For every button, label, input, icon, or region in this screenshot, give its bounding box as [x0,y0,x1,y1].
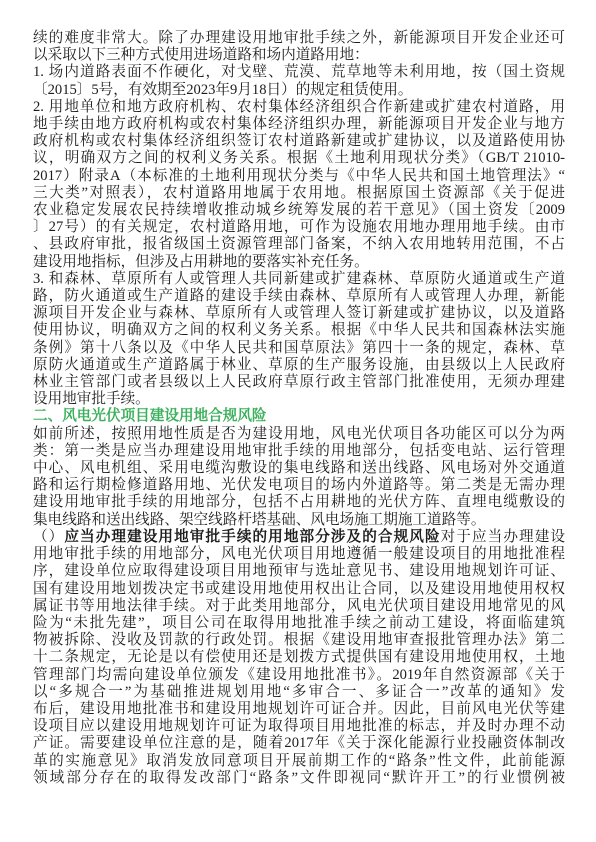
section-heading: 二、风电光伏项目建设用地合规风险 [33,408,565,425]
inline-text: 国有建设用地划拨决定书或建设用地使用权出让合同，以及建设用地使用权权 [33,581,565,597]
inline-text: 设用地审批手续。 [33,391,150,407]
inline-text: 建设用地指标，但涉及占用耕地的要落实补充任务。 [33,254,369,270]
document-line: 农业稳定发展农民持续增收推动城乡统筹发展的若干意见》（国土资发〔2009 [33,202,565,219]
document-line: 〔2015〕5号，有效期至2023年9月18日）的规定租赁使用。 [33,82,565,99]
inline-text: 林业主管部门或者县级以上人民政府草原行政主管部门批准使用，无须办理建 [33,374,565,390]
inline-text: 〔2015〕5号，有效期至2023年9月18日）的规定租赁使用。 [33,82,412,98]
document-line: 属证书等用地法律手续。对于此类用地部分，风电光伏项目建设用地常见的风 [33,598,565,615]
inline-text: 以采取以下三种方式使用进场道路和场内道路用地： [33,47,369,63]
document-line: 类：第一类是应当办理建设用地审批手续的用地部分，包括变电站、运行管理 [33,443,565,460]
inline-text: 议，明确双方之间的权利义务关系。根据《土地利用现状分类》（GB/T 21010- [33,150,565,166]
document-line: 续的难度非常大。除了办理建设用地审批手续之外，新能源项目开发企业还可 [33,30,565,47]
document-line: 3. 和森林、草原所有人或管理人共同新建或扩建森林、草原防火通道或生产道 [33,271,565,288]
inline-text: 产证。需要建设单位注意的是，随着2017年《关于深化能源行业投融资体制改 [33,735,565,751]
document-line: 产证。需要建设单位注意的是，随着2017年《关于深化能源行业投融资体制改 [33,735,565,752]
inline-text: 路和运行期检修道路用地、光伏发电项目的场内外道路等。第二类是无需办理 [33,477,565,493]
document-line: 集电线路和送出线路、架空线路杆塔基础、风电场施工期施工道路等。 [33,512,565,529]
document-line: 三大类”对照表），农村道路用地属于农用地。根据原国土资源部《关于促进 [33,185,565,202]
document-line: 领域部分存在的取得发改部门“路条”文件即视同“默许开工”的行业惯例被 [33,770,565,787]
document-line: 序，建设单位应取得建设项目用地预审与选址意见书、建设用地规划许可证、 [33,563,565,580]
document-page: 续的难度非常大。除了办理建设用地审批手续之外，新能源项目开发企业还可以采取以下三… [0,0,596,842]
inline-text: 布后，建设用地批准书和建设用地规划许可证合并。因此，目前风电光伏等建 [33,701,565,717]
document-line: 源项目开发企业与森林、草原所有人或管理人签订新建或扩建协议，以及道路 [33,305,565,322]
inline-text: 源项目开发企业与森林、草原所有人或管理人签订新建或扩建协议，以及道路 [33,305,565,321]
document-line: 设用地审批手续。 [33,391,565,408]
document-line: 国有建设用地划拨决定书或建设用地使用权出让合同，以及建设用地使用权权 [33,581,565,598]
document-line: 物被拆除、没收及罚款的行政处罚。根据《建设用地审查报批管理办法》第二 [33,632,565,649]
inline-text: 农业稳定发展农民持续增收推动城乡统筹发展的若干意见》（国土资发〔2009 [33,202,565,218]
document-line: 十二条规定，无论是以有偿使用还是划拨方式提供国有建设用地使用权，土地 [33,649,565,666]
document-line: 险为“未批先建”，项目公司在取得用地批准手续之前动工建设，将面临建筑 [33,615,565,632]
document-line: 议，明确双方之间的权利义务关系。根据《土地利用现状分类》（GB/T 21010- [33,150,565,167]
document-line: 建设用地指标，但涉及占用耕地的要落实补充任务。 [33,254,565,271]
inline-text: 路，防火通道或生产道路的建设手续由森林、草原所有人或管理人办理，新能 [33,288,565,304]
document-line: 原防火通道或生产道路属于林业、草原的生产服务设施，由县级以上人民政府 [33,357,565,374]
inline-text: 〕27号）的有关规定，农村道路用地，可作为设施农用地办理用地手续。由市 [33,219,565,235]
document-line: 以采取以下三种方式使用进场道路和场内道路用地： [33,47,565,64]
document-body: 续的难度非常大。除了办理建设用地审批手续之外，新能源项目开发企业还可以采取以下三… [33,30,565,787]
inline-text: 、县政府审批，报省级国土资源管理部门备案，不纳入农用地转用范围，不占 [33,236,565,252]
inline-text: 物被拆除、没收及罚款的行政处罚。根据《建设用地审查报批管理办法》第二 [33,632,565,648]
inline-text: 建设用地审批手续的用地部分，包括不占用耕地的光伏方阵、直埋电缆敷设的 [33,494,565,510]
document-line: 路和运行期检修道路用地、光伏发电项目的场内外道路等。第二类是无需办理 [33,477,565,494]
inline-text: 政府机构或农村集体经济组织签订农村道路新建或扩建协议，以及道路使用协 [33,133,565,149]
inline-text: 十二条规定，无论是以有偿使用还是划拨方式提供国有建设用地使用权，土地 [33,649,565,665]
inline-text: 二、风电光伏项目建设用地合规风险 [33,408,267,424]
inline-text: 3. 和森林、草原所有人或管理人共同新建或扩建森林、草原防火通道或生产道 [33,271,565,287]
inline-text: 使用协议，明确双方之间的权利义务关系。根据《中华人民共和国森林法实施 [33,322,565,338]
document-line: 布后，建设用地批准书和建设用地规划许可证合并。因此，目前风电光伏等建 [33,701,565,718]
document-line: 、县政府审批，报省级国土资源管理部门备案，不纳入农用地转用范围，不占 [33,236,565,253]
inline-text: （） [33,529,64,545]
inline-text: 中心、风电机组、采用电缆沟敷设的集电线路和送出线路、风电场对外交通道 [33,460,565,476]
inline-text: 属证书等用地法律手续。对于此类用地部分，风电光伏项目建设用地常见的风 [33,598,565,614]
document-line: 政府机构或农村集体经济组织签订农村道路新建或扩建协议，以及道路使用协 [33,133,565,150]
inline-text: 对于应当办理建设 [441,529,565,545]
document-line: 林业主管部门或者县级以上人民政府草原行政主管部门批准使用，无须办理建 [33,374,565,391]
document-line: 管理部门均需向建设单位颁发《建设用地批准书》。2019年自然资源部《关于 [33,667,565,684]
inline-text: 条例》第十八条以及《中华人民共和国草原法》第四十一条的规定，森林、草 [33,340,565,356]
inline-text: 如前所述，按照用地性质是否为建设用地，风电光伏项目各功能区可以分为两 [33,426,565,442]
document-line: 〕27号）的有关规定，农村道路用地，可作为设施农用地办理用地手续。由市 [33,219,565,236]
inline-text: 以“多规合一”为基础推进规划用地“多审合一、多证合一”改革的通知》发 [33,684,565,700]
document-line: 以“多规合一”为基础推进规划用地“多审合一、多证合一”改革的通知》发 [33,684,565,701]
inline-text: 革的实施意见》取消发放同意项目开展前期工作的“路条”性文件，此前能源 [33,753,565,769]
document-line: 革的实施意见》取消发放同意项目开展前期工作的“路条”性文件，此前能源 [33,753,565,770]
document-line: 中心、风电机组、采用电缆沟敷设的集电线路和送出线路、风电场对外交通道 [33,460,565,477]
inline-text: 原防火通道或生产道路属于林业、草原的生产服务设施，由县级以上人民政府 [33,357,565,373]
inline-bold-text: 应当办理建设用地审批手续的用地部分涉及的合规风险 [64,529,440,545]
document-line: 使用协议，明确双方之间的权利义务关系。根据《中华人民共和国森林法实施 [33,322,565,339]
document-line: 路，防火通道或生产道路的建设手续由森林、草原所有人或管理人办理，新能 [33,288,565,305]
inline-text: 类：第一类是应当办理建设用地审批手续的用地部分，包括变电站、运行管理 [33,443,565,459]
inline-text: 领域部分存在的取得发改部门“路条”文件即视同“默许开工”的行业惯例被 [33,770,565,786]
inline-text: 管理部门均需向建设单位颁发《建设用地批准书》。2019年自然资源部《关于 [33,667,565,683]
inline-text: 地手续由地方政府机构或农村集体经济组织办理，新能源项目开发企业与地方 [33,116,565,132]
document-line: 如前所述，按照用地性质是否为建设用地，风电光伏项目各功能区可以分为两 [33,426,565,443]
document-line: 建设用地审批手续的用地部分，包括不占用耕地的光伏方阵、直埋电缆敷设的 [33,494,565,511]
inline-text: 2017）附录A（本标准的土地利用现状分类与《中华人民共和国土地管理法》“ [33,168,565,184]
document-line: 地手续由地方政府机构或农村集体经济组织办理，新能源项目开发企业与地方 [33,116,565,133]
document-line: 条例》第十八条以及《中华人民共和国草原法》第四十一条的规定，森林、草 [33,340,565,357]
inline-text: 序，建设单位应取得建设项目用地预审与选址意见书、建设用地规划许可证、 [33,563,565,579]
document-line: 2. 用地单位和地方政府机构、农村集体经济组织合作新建或扩建农村道路，用 [33,99,565,116]
inline-text: 集电线路和送出线路、架空线路杆塔基础、风电场施工期施工道路等。 [33,512,485,528]
inline-text: 三大类”对照表），农村道路用地属于农用地。根据原国土资源部《关于促进 [33,185,565,201]
document-line: 设项目应以建设用地规划许可证为取得项目用地批准的标志，并及时办理不动 [33,718,565,735]
document-line: （）应当办理建设用地审批手续的用地部分涉及的合规风险对于应当办理建设 [33,529,565,546]
document-line: 2017）附录A（本标准的土地利用现状分类与《中华人民共和国土地管理法》“ [33,168,565,185]
inline-text: 险为“未批先建”，项目公司在取得用地批准手续之前动工建设，将面临建筑 [33,615,565,631]
inline-text: 1. 场内道路表面不作硬化，对戈壁、荒漠、荒草地等未利用地，按（国土资规 [33,64,565,80]
document-line: 用地审批手续的用地部分，风电光伏项目用地遵循一般建设项目的用地批准程 [33,546,565,563]
inline-text: 用地审批手续的用地部分，风电光伏项目用地遵循一般建设项目的用地批准程 [33,546,565,562]
document-line: 1. 场内道路表面不作硬化，对戈壁、荒漠、荒草地等未利用地，按（国土资规 [33,64,565,81]
inline-text: 2. 用地单位和地方政府机构、农村集体经济组织合作新建或扩建农村道路，用 [33,99,565,115]
inline-text: 续的难度非常大。除了办理建设用地审批手续之外，新能源项目开发企业还可 [33,30,565,46]
inline-text: 设项目应以建设用地规划许可证为取得项目用地批准的标志，并及时办理不动 [33,718,565,734]
